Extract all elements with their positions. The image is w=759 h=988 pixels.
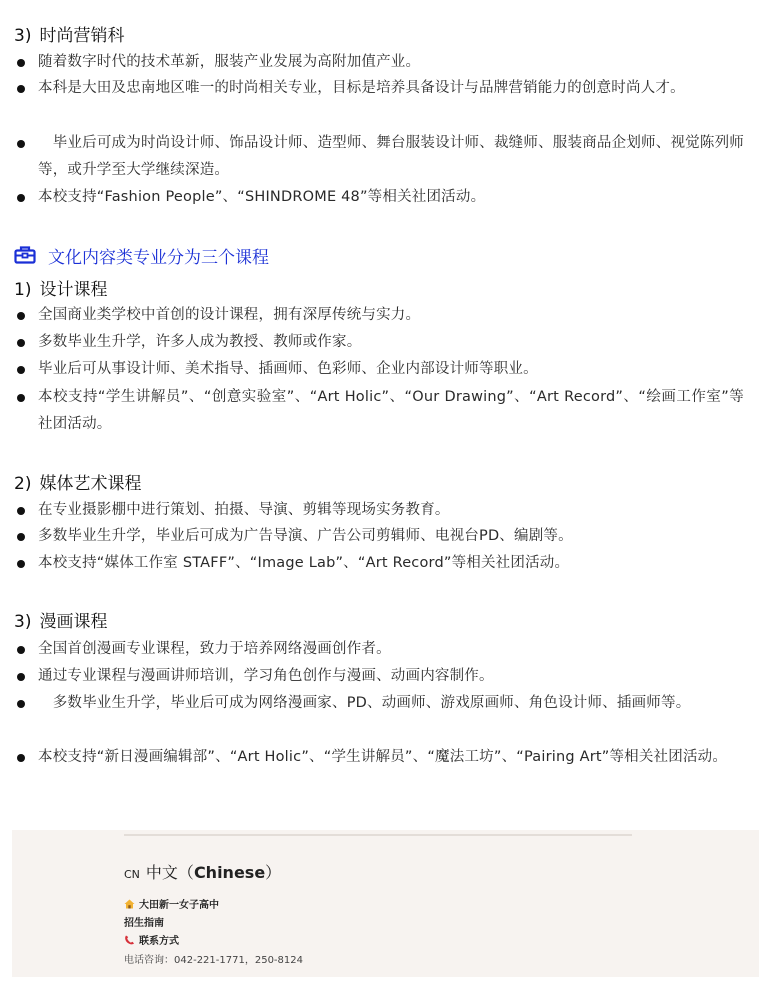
list-item: 本科是大田及忠南地区唯一的时尚相关专业，目标是培养具备设计与品牌营销能力的创意时… [14,75,744,102]
contact-label: 联系方式 [139,932,179,947]
comic-course-title: 3)漫画课程 [14,607,107,632]
list-item: 毕业后可从事设计师、美术指导、插画师、色彩师、企业内部设计师等职业。 [14,356,744,383]
list-item: 本校支持“学生讲解员”、“创意实验室”、“Art Holic”、“Our Dra… [14,384,744,438]
section-number: 1) [14,280,31,300]
design-course-title: 1)设计课程 [14,275,107,300]
lang-native: 中文（ [146,863,194,882]
media-course-title: 2)媒体艺术课程 [14,469,141,494]
list-item: 通过专业课程与漫画讲师培训，学习角色创作与漫画、动画内容制作。 [14,663,744,690]
footer-divider [124,834,632,836]
list-item: 毕业后可成为时尚设计师、饰品设计师、造型师、舞台服装设计师、裁缝师、服装商品企划… [14,130,744,184]
list-item: 多数毕业生升学，毕业后可成为网络漫画家、PD、动画师、游戏原画师、角色设计师、插… [14,690,744,717]
phone-icon [124,935,135,945]
section-title-text: 时尚营销科 [39,26,124,46]
list-item: 本校支持“新日漫画编辑部”、“Art Holic”、“学生讲解员”、“魔法工坊”… [14,744,744,771]
language-selector[interactable]: CN中文（Chinese） [124,860,281,883]
admission-guide-link[interactable]: 招生指南 [124,914,164,929]
section-number: 2) [14,474,31,494]
section-title-text: 设计课程 [39,280,107,300]
list-item: 本校支持“Fashion People”、“SHINDROME 48”等相关社团… [14,184,744,211]
section-title-text: 媒体艺术课程 [39,474,141,494]
list-item: 本校支持“媒体工作室 STAFF”、“Image Lab”、“Art Recor… [14,550,744,577]
house-icon [124,899,135,909]
list-item: 多数毕业生升学，许多人成为教授、教师或作家。 [14,329,744,356]
lang-english: Chinese [194,863,265,882]
list-item: 全国首创漫画专业课程，致力于培养网络漫画创作者。 [14,636,744,663]
list-item: 全国商业类学校中首创的设计课程，拥有深厚传统与实力。 [14,302,744,329]
list-item: 随着数字时代的技术革新，服装产业发展为高附加值产业。 [14,49,744,76]
section-title-text: 漫画课程 [39,612,107,632]
culture-courses-heading: 文化内容类专业分为三个课程 [14,243,269,267]
contact-link[interactable]: 联系方式 [124,932,179,947]
footer: CN中文（Chinese） 大田新一女子高中 招生指南 联系方式 电话咨询：04… [12,830,759,977]
school-name: 大田新一女子高中 [139,896,219,911]
section-number: 3) [14,26,31,46]
heading-text: 文化内容类专业分为三个课程 [48,243,269,268]
phone-info: 电话咨询：042-221-1771，250-8124 [124,951,303,966]
list-item: 在专业摄影棚中进行策划、拍摄、导演、剪辑等现场实务教育。 [14,497,744,524]
fashion-section-title: 3)时尚营销科 [14,21,124,46]
school-home-link[interactable]: 大田新一女子高中 [124,896,219,911]
briefcase-icon [14,246,36,264]
section-number: 3) [14,612,31,632]
lang-close: ） [265,863,281,882]
list-item: 多数毕业生升学，毕业后可成为广告导演、广告公司剪辑师、电视台PD、编剧等。 [14,523,744,550]
lang-code: CN [124,868,140,881]
